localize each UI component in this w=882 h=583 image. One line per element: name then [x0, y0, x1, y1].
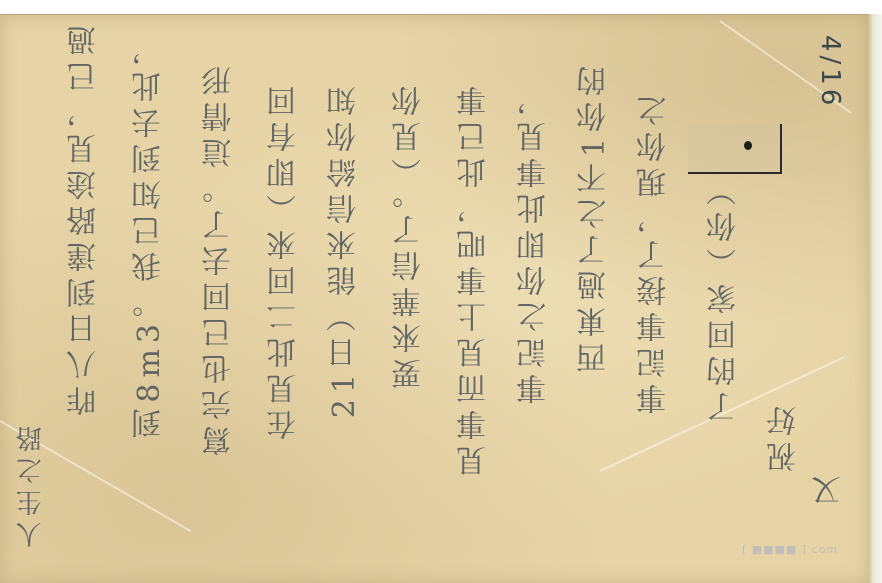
text-column: 事記事接了，現你之: [640, 90, 670, 414]
ink-blot: [744, 141, 752, 150]
watermark: [ ■■■■ ] com: [742, 543, 838, 556]
text-column: 到8m3。我已知到去此，: [135, 30, 165, 439]
text-column: 21日）能來信給你知: [330, 80, 360, 418]
date-line: 4/16: [815, 35, 845, 109]
stamp-box: [688, 124, 782, 174]
text-column: 寫完也已回去了。這情形: [205, 60, 235, 456]
text-column: 在見此二回來（即有回: [270, 80, 300, 440]
text-column: 事記之你即此事見，: [520, 80, 550, 404]
text-column: 要來華信了。（見你: [395, 80, 425, 389]
text-column: 人生之路: [18, 420, 44, 548]
scan-edge: [868, 14, 882, 583]
text-column: 祝好: [770, 400, 800, 472]
text-column: 西東過了之不1你的: [580, 60, 610, 373]
text-column: 又: [815, 470, 845, 506]
text-column: 昨八日到達路途見，已過: [70, 20, 100, 416]
text-column: 了的回家（你）: [710, 170, 740, 422]
text-column: 見事而見上事吧，此已事: [460, 80, 490, 476]
